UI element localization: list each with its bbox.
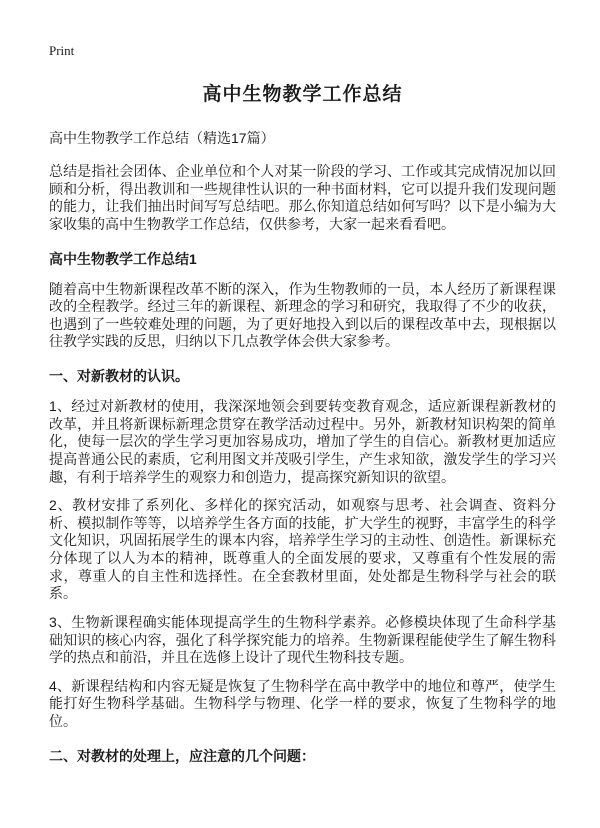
document-page: Print 高中生物教学工作总结 高中生物教学工作总结（精选17篇） 总结是指社… bbox=[0, 0, 600, 828]
document-subtitle: 高中生物教学工作总结（精选17篇） bbox=[49, 128, 556, 148]
section-heading-summary-1: 高中生物教学工作总结1 bbox=[49, 249, 556, 269]
paragraph-point-4: 4、新课程结构和内容无疑是恢复了生物科学在高中教学中的地位和尊严，使学生能打好生… bbox=[49, 678, 556, 731]
section-heading-part-1: 一、对新教材的认识。 bbox=[49, 366, 556, 386]
paragraph-point-3: 3、生物新课程确实能体现提高学生的生物科学素养。必修模块体现了生命科学基础知识的… bbox=[49, 614, 556, 667]
section-heading-part-2: 二、对教材的处理上，应注意的几个问题： bbox=[49, 746, 556, 766]
paragraph-point-1: 1、经过对新教材的使用，我深深地领会到要转变教育观念，适应新课程新教材的改革，并… bbox=[49, 398, 556, 486]
paragraph-intro: 总结是指社会团体、企业单位和个人对某一阶段的学习、工作或其完成情况加以回顾和分析… bbox=[49, 163, 556, 234]
paragraph-summary-1-intro: 随着高中生物新课程改革不断的深入，作为生物教师的一员，本人经历了新课程课改的全程… bbox=[49, 281, 556, 352]
paragraph-point-2: 2、教材安排了系列化、多样化的探究活动，如观察与思考、社会调查、资料分析、模拟制… bbox=[49, 497, 556, 603]
page-title: 高中生物教学工作总结 bbox=[49, 79, 556, 106]
print-link[interactable]: Print bbox=[49, 43, 74, 59]
